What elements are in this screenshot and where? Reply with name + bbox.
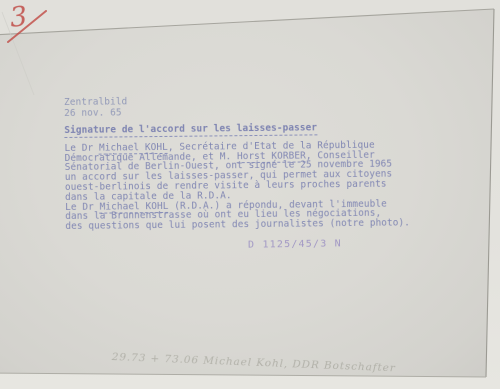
caption-paragraph: Le Dr Michael KOHL, Secrétaire d'Etat de… (64, 140, 425, 232)
corner-number: 3 (8, 1, 28, 34)
caption-title: Signature de l'accord sur les laisses-pa… (64, 123, 317, 137)
photo-verso-scan: 3 Zentralbild 26 nov. 65 Signature de l'… (0, 0, 500, 389)
archive-number-stamp: D 1125/45/3 N (248, 238, 342, 250)
typed-caption-block: Zentralbild 26 nov. 65 Signature de l'ac… (64, 93, 425, 232)
